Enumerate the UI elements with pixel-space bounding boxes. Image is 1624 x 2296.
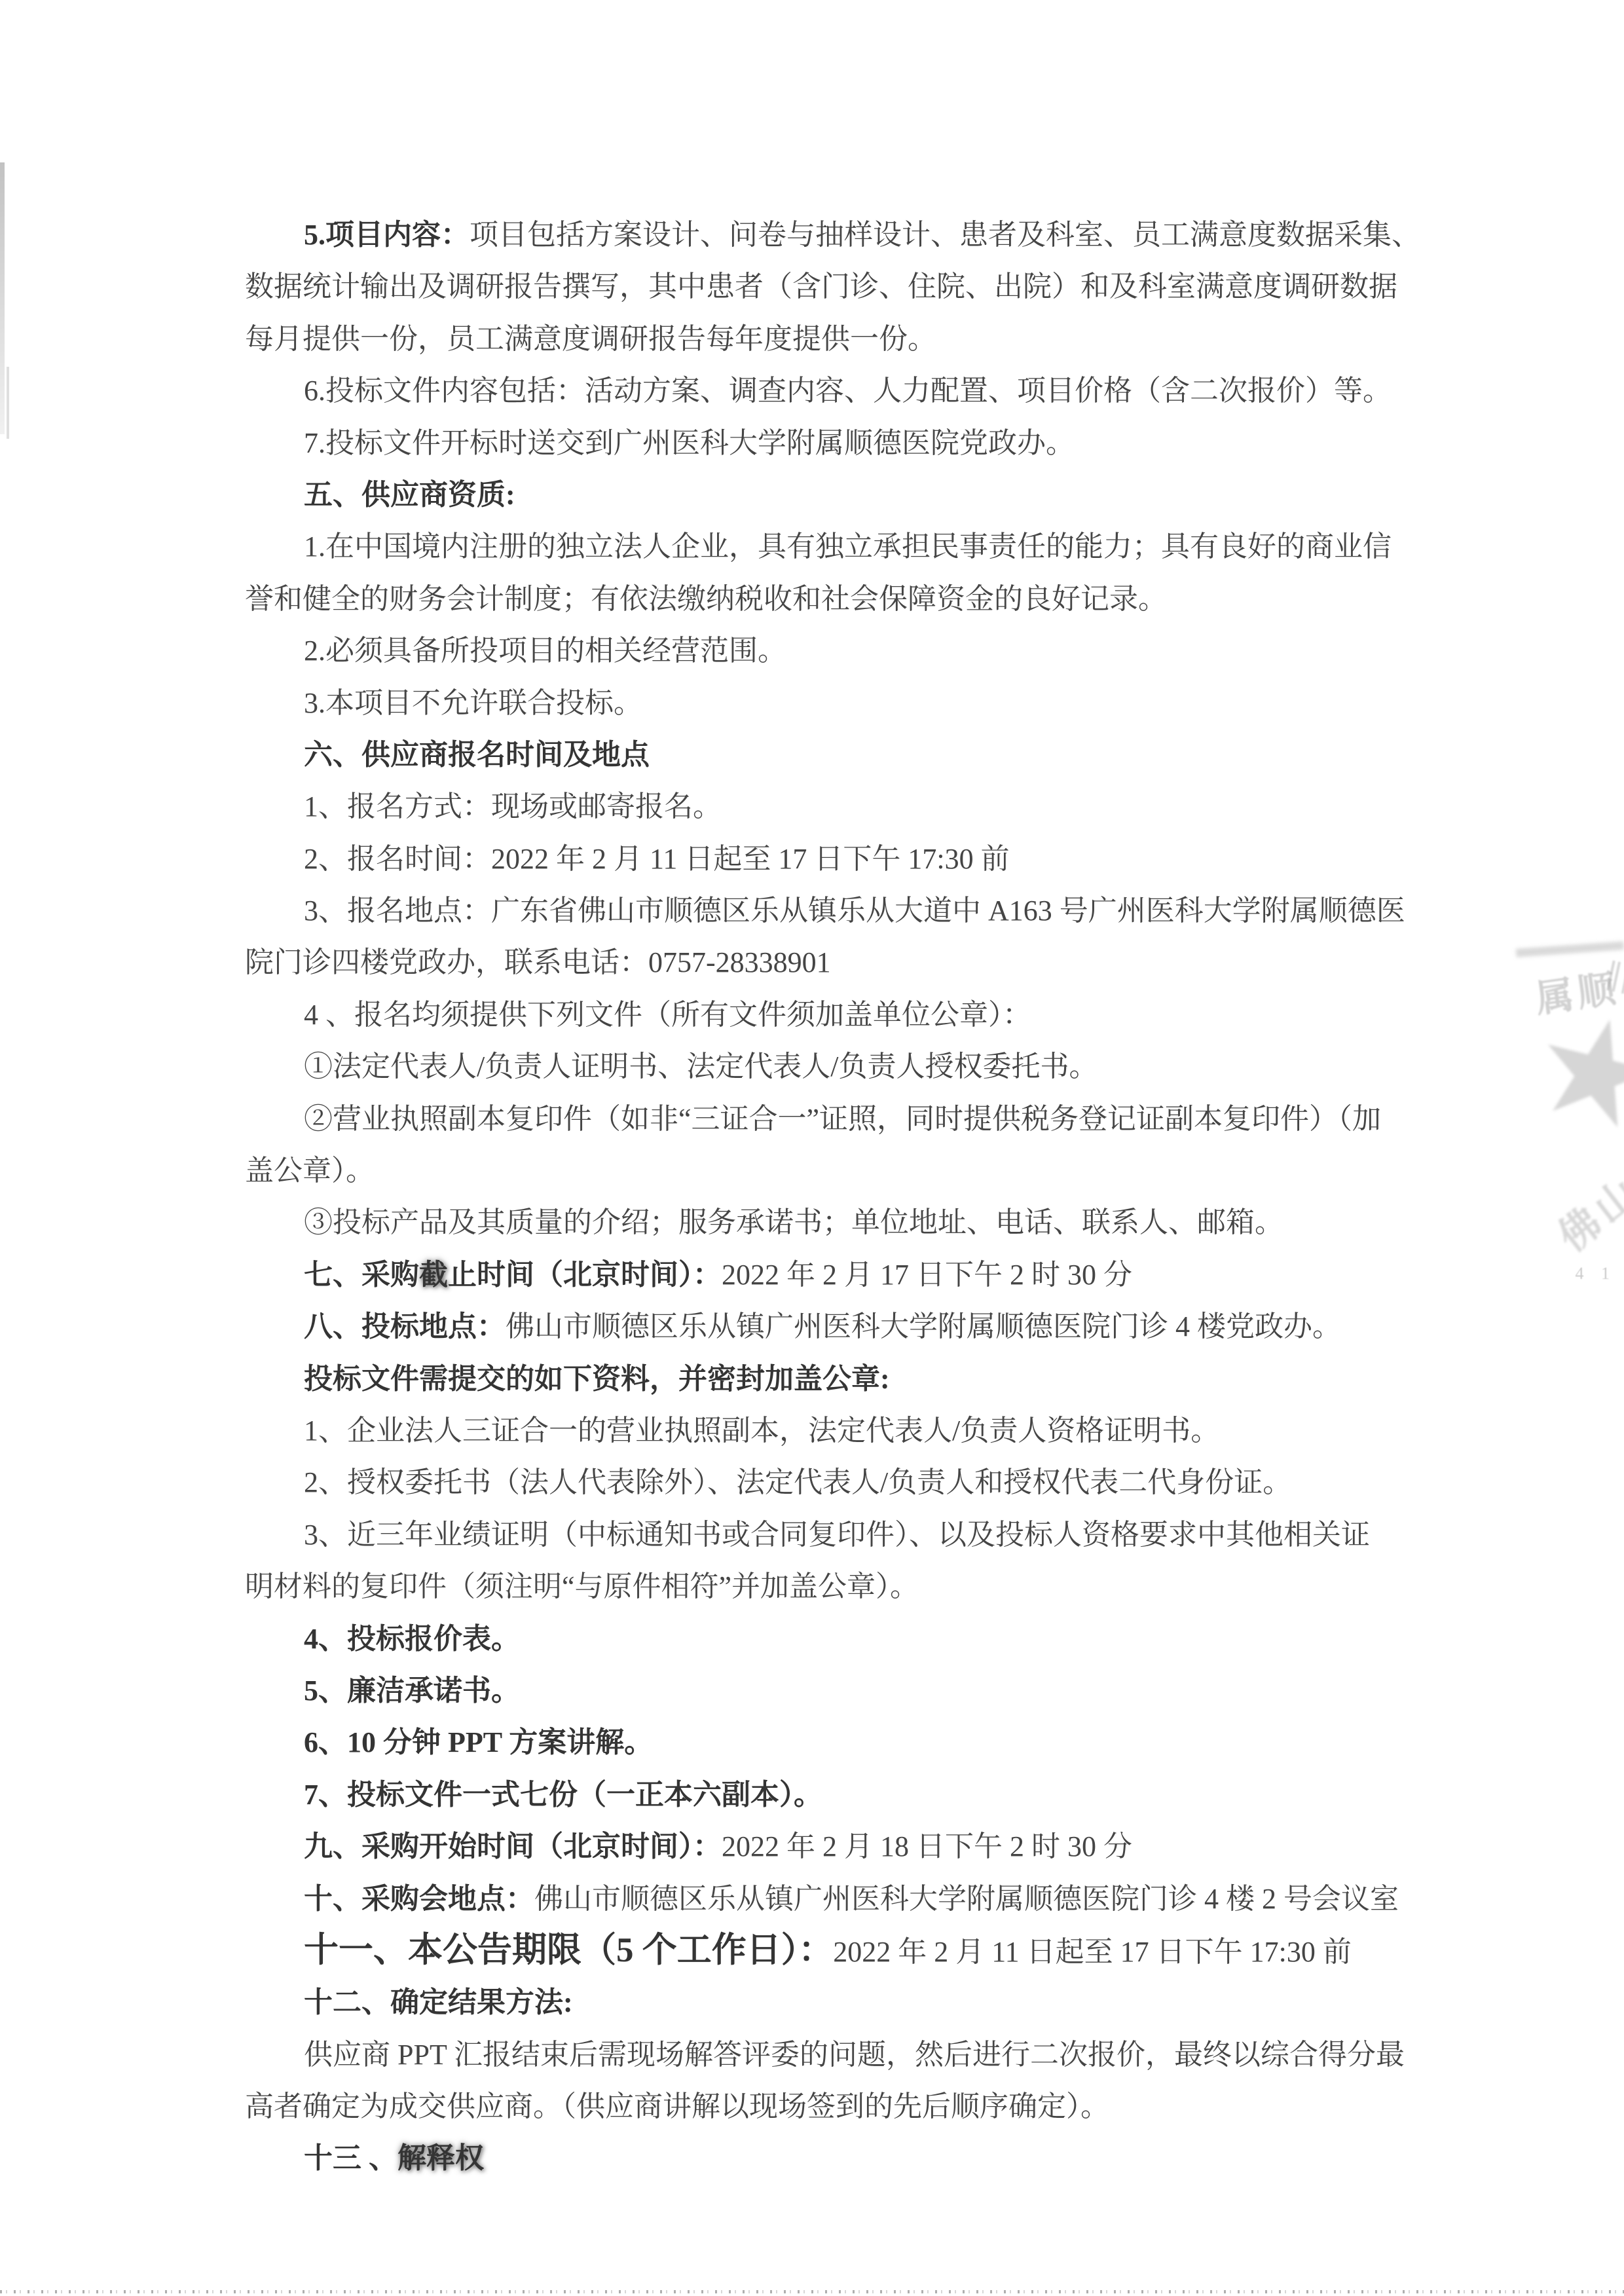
scanned-document-page: 5.项目内容：项目包括方案设计、问卷与抽样设计、患者及科室、员工满意度数据采集、… xyxy=(0,0,1624,2296)
text-run: 八、投标地点： xyxy=(304,1310,506,1342)
document-line: 6.投标文件内容包括：活动方案、调查内容、人力配置、项目价格（含二次报价）等。 xyxy=(245,365,1417,417)
text-run: 3、报名地点：广东省佛山市顺德区乐从镇乐从大道中 A163 号广州医科大学附属顺… xyxy=(304,895,1405,927)
text-run: 3、近三年业绩证明（中标通知书或合同复印件）、以及投标人资格要求中其他相关证 xyxy=(304,1519,1370,1551)
document-line: 1.在中国境内注册的独立法人企业，具有独立承担民事责任的能力；具有良好的商业信 xyxy=(245,521,1417,572)
text-run: ③投标产品及其质量的介绍；服务承诺书；单位地址、电话、联系人、邮箱。 xyxy=(304,1206,1283,1238)
text-run: 十、采购会地点： xyxy=(304,1883,534,1915)
text-run: 4 、报名均须提供下列文件（所有文件须加盖单位公章）： xyxy=(304,999,1031,1031)
text-run: 2、报名时间：2022 年 2 月 11 日起至 17 日下午 17:30 前 xyxy=(304,843,1010,875)
text-run: 7、投标文件一式七份（一正本六副本）。 xyxy=(304,1779,822,1811)
text-run: 十二、确定结果方法: xyxy=(304,1986,573,2018)
text-run: 数据统计输出及调研报告撰写，其中患者（含门诊、住院、出院）和及科室满意度调研数据 xyxy=(245,270,1397,303)
text-run: 6、10 分钟 PPT 方案讲解。 xyxy=(304,1726,653,1758)
document-line: 6、10 分钟 PPT 方案讲解。 xyxy=(245,1716,1417,1768)
text-run: 7.投标文件开标时送交到广州医科大学附属顺德医院党政办。 xyxy=(304,427,1075,459)
seal-star-icon: ★ xyxy=(1519,989,1624,1156)
document-line: 1、报名方式：现场或邮寄报名。 xyxy=(245,781,1417,832)
seal-hatch-marks: ∥∥ xyxy=(1602,957,1624,1000)
document-line: 3、近三年业绩证明（中标通知书或合同复印件）、以及投标人资格要求中其他相关证 xyxy=(245,1509,1417,1561)
text-run: 九、采购开始时间（北京时间）： xyxy=(304,1830,722,1862)
text-run: 五、供应商资质: xyxy=(304,479,515,511)
text-run: 七、采购 xyxy=(304,1259,419,1291)
text-run: 1、企业法人三证合一的营业执照副本，法定代表人/负责人资格证明书。 xyxy=(304,1415,1219,1447)
text-run: 1、报名方式：现场或邮寄报名。 xyxy=(304,790,722,823)
document-line: 3、报名地点：广东省佛山市顺德区乐从镇乐从大道中 A163 号广州医科大学附属顺… xyxy=(245,885,1417,936)
document-line: 十三 、解释权 xyxy=(245,2132,1417,2184)
text-run: 佛山市顺德区乐从镇广州医科大学附属顺德医院门诊 4 楼 2 号会议室 xyxy=(534,1883,1399,1915)
text-run: 解释权 xyxy=(397,2142,484,2174)
document-line: 4 、报名均须提供下列文件（所有文件须加盖单位公章）： xyxy=(245,989,1417,1041)
seal-faint-digits: 4 1 xyxy=(1576,1264,1617,1284)
document-line: 誉和健全的财务会计制度；有依法缴纳税收和社会保障资金的良好记录。 xyxy=(245,573,1417,625)
document-line: 5、廉洁承诺书。 xyxy=(245,1665,1417,1716)
text-run: 投标文件需提交的如下资料，并密封加盖公章: xyxy=(304,1363,890,1395)
text-run: 明材料的复印件（须注明“与原件相符”并加盖公章）。 xyxy=(245,1570,919,1602)
text-run: 高者确定为成交供应商。（供应商讲解以现场签到的先后顺序确定）。 xyxy=(245,2090,1109,2122)
document-line: 高者确定为成交供应商。（供应商讲解以现场签到的先后顺序确定）。 xyxy=(245,2081,1417,2132)
text-run: 每月提供一份，员工满意度调研报告每年度提供一份。 xyxy=(245,323,936,355)
text-run: 截 xyxy=(419,1259,448,1291)
seal-smear-mark xyxy=(1516,941,1624,957)
text-run: ②营业执照副本复印件（如非“三证合一”证照，同时提供税务登记证副本复印件）（加 xyxy=(304,1103,1381,1135)
official-seal-partial: 属顺 ∥∥ ★ 佛山 4 1 xyxy=(1493,933,1624,1320)
text-run: 项目包括方案设计、问卷与抽样设计、患者及科室、员工满意度数据采集、 xyxy=(470,219,1420,251)
text-run: 6.投标文件内容包括：活动方案、调查内容、人力配置、项目价格（含二次报价）等。 xyxy=(304,375,1392,407)
scan-edge-artifact-left-2 xyxy=(7,367,9,439)
document-line: 五、供应商资质: xyxy=(245,469,1417,521)
text-run: 十三 、 xyxy=(304,2142,397,2174)
text-run: 院门诊四楼党政办，联系电话：0757-28338901 xyxy=(245,946,831,978)
text-run: 4、投标报价表。 xyxy=(304,1623,520,1655)
text-run: 2022 年 2 月 17 日下午 2 时 30 分 xyxy=(722,1259,1132,1291)
document-line: 十二、确定结果方法: xyxy=(245,1976,1417,2028)
document-line: 九、采购开始时间（北京时间）：2022 年 2 月 18 日下午 2 时 30 … xyxy=(245,1821,1417,1872)
document-line: 七、采购截止时间（北京时间）：2022 年 2 月 17 日下午 2 时 30 … xyxy=(245,1249,1417,1301)
text-run: 六、供应商报名时间及地点 xyxy=(304,739,650,771)
seal-bottom-characters: 佛山 xyxy=(1543,1160,1624,1262)
document-line: 每月提供一份，员工满意度调研报告每年度提供一份。 xyxy=(245,313,1417,365)
document-line: 十、采购会地点：佛山市顺德区乐从镇广州医科大学附属顺德医院门诊 4 楼 2 号会… xyxy=(245,1873,1417,1925)
text-run: ①法定代表人/负责人证明书、法定代表人/负责人授权委托书。 xyxy=(304,1050,1098,1083)
document-line: 1、企业法人三证合一的营业执照副本，法定代表人/负责人资格证明书。 xyxy=(245,1405,1417,1456)
document-line: 十一、本公告期限（5 个工作日）：2022 年 2 月 11 日起至 17 日下… xyxy=(245,1925,1417,1976)
document-line: 院门诊四楼党政办，联系电话：0757-28338901 xyxy=(245,936,1417,988)
document-line: 盖公章）。 xyxy=(245,1145,1417,1196)
document-line: 明材料的复印件（须注明“与原件相符”并加盖公章）。 xyxy=(245,1561,1417,1612)
scan-edge-artifact-left xyxy=(0,162,5,434)
text-run: 2022 年 2 月 11 日起至 17 日下午 17:30 前 xyxy=(833,1936,1352,1968)
document-line: 2、报名时间：2022 年 2 月 11 日起至 17 日下午 17:30 前 xyxy=(245,833,1417,885)
document-body: 5.项目内容：项目包括方案设计、问卷与抽样设计、患者及科室、员工满意度数据采集、… xyxy=(245,209,1417,2185)
text-run: 3.本项目不允许联合投标。 xyxy=(304,687,642,719)
document-line: 供应商 PPT 汇报结束后需现场解答评委的问题，然后进行二次报价，最终以综合得分… xyxy=(245,2029,1417,2081)
document-line: 数据统计输出及调研报告撰写，其中患者（含门诊、住院、出院）和及科室满意度调研数据 xyxy=(245,261,1417,312)
document-line: 7、投标文件一式七份（一正本六副本）。 xyxy=(245,1769,1417,1821)
document-line: 2.必须具备所投项目的相关经营范围。 xyxy=(245,625,1417,676)
document-line: 八、投标地点：佛山市顺德区乐从镇广州医科大学附属顺德医院门诊 4 楼党政办。 xyxy=(245,1301,1417,1352)
text-run: 1.在中国境内注册的独立法人企业，具有独立承担民事责任的能力；具有良好的商业信 xyxy=(304,530,1392,563)
document-line: ③投标产品及其质量的介绍；服务承诺书；单位地址、电话、联系人、邮箱。 xyxy=(245,1196,1417,1248)
text-run: 盖公章）。 xyxy=(245,1155,375,1187)
seal-top-characters: 属顺 xyxy=(1532,957,1622,1024)
text-run: 5、廉洁承诺书。 xyxy=(304,1675,520,1707)
document-line: 5.项目内容：项目包括方案设计、问卷与抽样设计、患者及科室、员工满意度数据采集、 xyxy=(245,209,1417,261)
document-line: 投标文件需提交的如下资料，并密封加盖公章: xyxy=(245,1353,1417,1405)
document-line: 2、授权委托书（法人代表除外）、法定代表人/负责人和授权代表二代身份证。 xyxy=(245,1456,1417,1508)
text-run: 止时间（北京时间）： xyxy=(448,1259,722,1291)
text-run: 佛山市顺德区乐从镇广州医科大学附属顺德医院门诊 4 楼党政办。 xyxy=(506,1310,1341,1342)
document-line: 7.投标文件开标时送交到广州医科大学附属顺德医院党政办。 xyxy=(245,417,1417,469)
text-run: 供应商 PPT 汇报结束后需现场解答评委的问题，然后进行二次报价，最终以综合得分… xyxy=(304,2039,1405,2071)
document-line: ①法定代表人/负责人证明书、法定代表人/负责人授权委托书。 xyxy=(245,1041,1417,1092)
text-run: 5.项目内容： xyxy=(304,219,470,251)
text-run: 誉和健全的财务会计制度；有依法缴纳税收和社会保障资金的良好记录。 xyxy=(245,583,1167,615)
text-run: 2022 年 2 月 18 日下午 2 时 30 分 xyxy=(722,1830,1132,1862)
text-run: 十一、本公告期限（5 个工作日）： xyxy=(304,1931,833,1969)
text-run: 2、授权委托书（法人代表除外）、法定代表人/负责人和授权代表二代身份证。 xyxy=(304,1466,1291,1498)
scan-edge-artifact-bottom xyxy=(0,2290,1624,2293)
text-run: 2.必须具备所投项目的相关经营范围。 xyxy=(304,635,786,667)
document-line: 3.本项目不允许联合投标。 xyxy=(245,677,1417,729)
document-line: 4、投标报价表。 xyxy=(245,1613,1417,1665)
document-line: ②营业执照副本复印件（如非“三证合一”证照，同时提供税务登记证副本复印件）（加 xyxy=(245,1093,1417,1145)
document-line: 六、供应商报名时间及地点 xyxy=(245,729,1417,781)
